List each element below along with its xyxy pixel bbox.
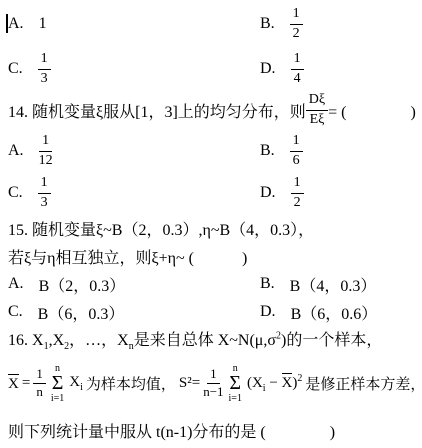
equals-sign: = [22,375,30,392]
q15-option-a-label: A. [8,275,24,293]
q14-option-c-label: C. [8,184,23,202]
q14-option-c: C. 1 3 [8,175,260,210]
q14-option-d-label: D. [260,184,276,202]
q15-option-d-label: D. [260,303,276,321]
q15-option-b-value: B（4，0.3） [290,273,377,296]
q16-stem-line1: 16. X1,X2，…，Xn是来自总体 X~N(μ,σ2)的一个样本， [8,326,422,354]
q14-option-b-label: B. [260,142,275,160]
q16-l1-part1: 16. X1,X2，…，Xn是来自总体 X~N(μ,σ2)的一个样本， [8,327,382,352]
option-c-label: C. [8,60,23,78]
q14-option-a-fraction: 1 12 [39,133,53,168]
q15-options-row-ab: A. B（2，0.3） B. B（4，0.3） [8,270,422,298]
q14-stem: 14. 随机变量ξ服从[1，3]上的均匀分布，则 Dξ Eξ = ( ) [8,90,422,130]
summation-symbol-1: n Σ i=1 [51,363,64,404]
summation-symbol-2: n Σ i=1 [229,363,242,404]
option-b-label: B. [260,15,275,33]
q15-stem-line1: 15. 随机变量ξ~B（2，0.3）,η~B（4，0.3）， [8,214,422,242]
xbar-symbol-2: X [282,373,293,392]
option-d-fraction: 1 4 [291,51,304,86]
option-a: A. 1 [8,15,260,33]
q14-option-b: B. 1 6 [260,133,303,168]
q14-stem-suffix: = ( ) [328,99,416,122]
q16-formula-text2: 是修正样本方差， [305,373,422,394]
option-c-fraction: 1 3 [38,51,51,86]
q15-option-b: B. B（4，0.3） [260,273,376,296]
q16-stem-line3: 则下列统计量中服从 t(n-1)分布的是 ( ) [8,412,422,448]
q15-option-c-label: C. [8,303,23,321]
q15-option-d: D. B（6，0.6） [260,301,377,324]
q14-option-d-fraction: 1 2 [291,175,304,210]
option-c: C. 1 3 [8,51,260,86]
q14-option-a: A. 1 12 [8,133,260,168]
q14-options-row-ab: A. 1 12 B. 1 6 [8,130,422,172]
q15-option-a-value: B（2，0.3） [39,273,126,296]
q14-options-row-cd: C. 1 3 D. 1 2 [8,172,422,214]
q14-option-d: D. 1 2 [260,175,304,210]
q15-option-a: A. B（2，0.3） [8,273,260,296]
q16-formula-text1: 为样本均值， [86,373,176,394]
fraction-one-over-n: 1 n [33,367,46,400]
q15-option-c: C. B（6，0.3） [8,301,260,324]
document-page[interactable]: A. 1 B. 1 2 C. 1 3 D. 1 4 14. 随 [0,0,422,448]
option-b: B. 1 2 [260,6,303,41]
text-cursor [6,14,8,33]
option-a-label: A. [8,15,24,33]
option-d-label: D. [260,60,276,78]
option-d: D. 1 4 [260,51,304,86]
fraction-one-over-n-minus-1: 1 n−1 [203,367,223,400]
prev-options-row-ab: A. 1 B. 1 2 [8,0,422,48]
q14-option-b-fraction: 1 6 [290,133,303,168]
q15-stem-line1-text: 15. 随机变量ξ~B（2，0.3）,η~B（4，0.3）， [8,217,314,240]
q14-stem-text: 14. 随机变量ξ服从[1，3]上的均匀分布，则 [8,99,306,122]
s-squared-equals: S²= [179,375,200,392]
x-sub-i-term: Xi [69,374,83,393]
q15-stem-line2: 若ξ与η相互独立，则ξ+η~ ( ) [8,242,422,270]
q15-options-row-cd: C. B（6，0.3） D. B（6，0.6） [8,298,422,326]
q15-option-b-label: B. [260,275,275,293]
q14-option-a-label: A. [8,142,24,160]
q16-formula-line: X = 1 n n Σ i=1 Xi 为样本均值， S²= 1 n−1 n Σ … [8,354,422,412]
q14-dxi-exi-fraction: Dξ Eξ [306,92,328,127]
q15-option-d-value: B（6，0.6） [291,301,378,324]
squared-deviation-term: (Xi − X)2 [247,373,302,394]
option-a-value: 1 [39,15,47,33]
q15-stem-line2-text: 若ξ与η相互独立，则ξ+η~ ( ) [8,245,247,268]
prev-options-row-cd: C. 1 3 D. 1 4 [8,48,422,90]
q15-option-c-value: B（6，0.3） [38,301,125,324]
xbar-symbol: X [8,374,19,393]
q14-option-c-fraction: 1 3 [38,175,51,210]
option-b-fraction: 1 2 [290,6,303,41]
q16-stem-line3-text: 则下列统计量中服从 t(n-1)分布的是 ( ) [8,419,335,442]
